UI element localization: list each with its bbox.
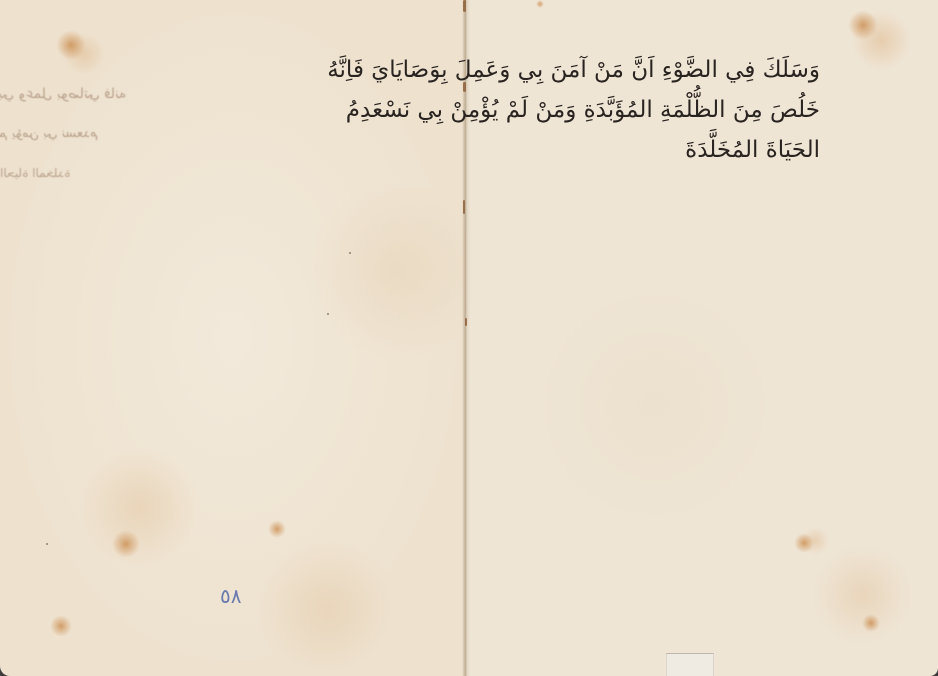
bleed-through-line: وسلك في الضوء ان من آمن بي وعمل بوصاتي ف…	[0, 86, 110, 102]
paper-speck	[46, 543, 48, 545]
foxing-stain	[50, 615, 72, 637]
text-line-2: خَلُصَ مِنَ الظُّلْمَةِ المُؤَبَّدَةِ وَ…	[520, 90, 820, 130]
foxing-stain	[268, 520, 286, 538]
paper-speck	[327, 313, 329, 315]
repair-tape	[666, 653, 714, 676]
manuscript-text: وَسَلَكَ فِي الضَّوْءِ اَنَّ مَنْ آمَنَ …	[520, 50, 820, 170]
foxing-stain	[536, 0, 544, 8]
text-line-1: وَسَلَكَ فِي الضَّوْءِ اَنَّ مَنْ آمَنَ …	[520, 50, 820, 90]
paper-speck	[349, 252, 351, 254]
folio-number: ٥٨	[220, 584, 241, 608]
text-line-3: الحَيَاةَ المُخَلَّدَةَ	[520, 130, 820, 170]
gutter-stain	[465, 318, 467, 326]
gutter-stain	[463, 200, 465, 214]
foxing-stain	[862, 614, 880, 632]
bleed-through-line: خلص من الظلمة المؤبدة ومن لم يؤمن بي نسع…	[0, 126, 110, 141]
gutter-stain	[463, 0, 466, 12]
bleed-through-line: الحياة المخلدة	[0, 166, 110, 180]
foxing-stain	[848, 10, 878, 40]
foxing-stain	[112, 530, 140, 558]
foxing-stain	[56, 30, 86, 60]
manuscript-spread: وسلك في الضوء ان من آمن بي وعمل بوصاتي ف…	[0, 0, 938, 676]
foxing-stain	[794, 533, 814, 553]
